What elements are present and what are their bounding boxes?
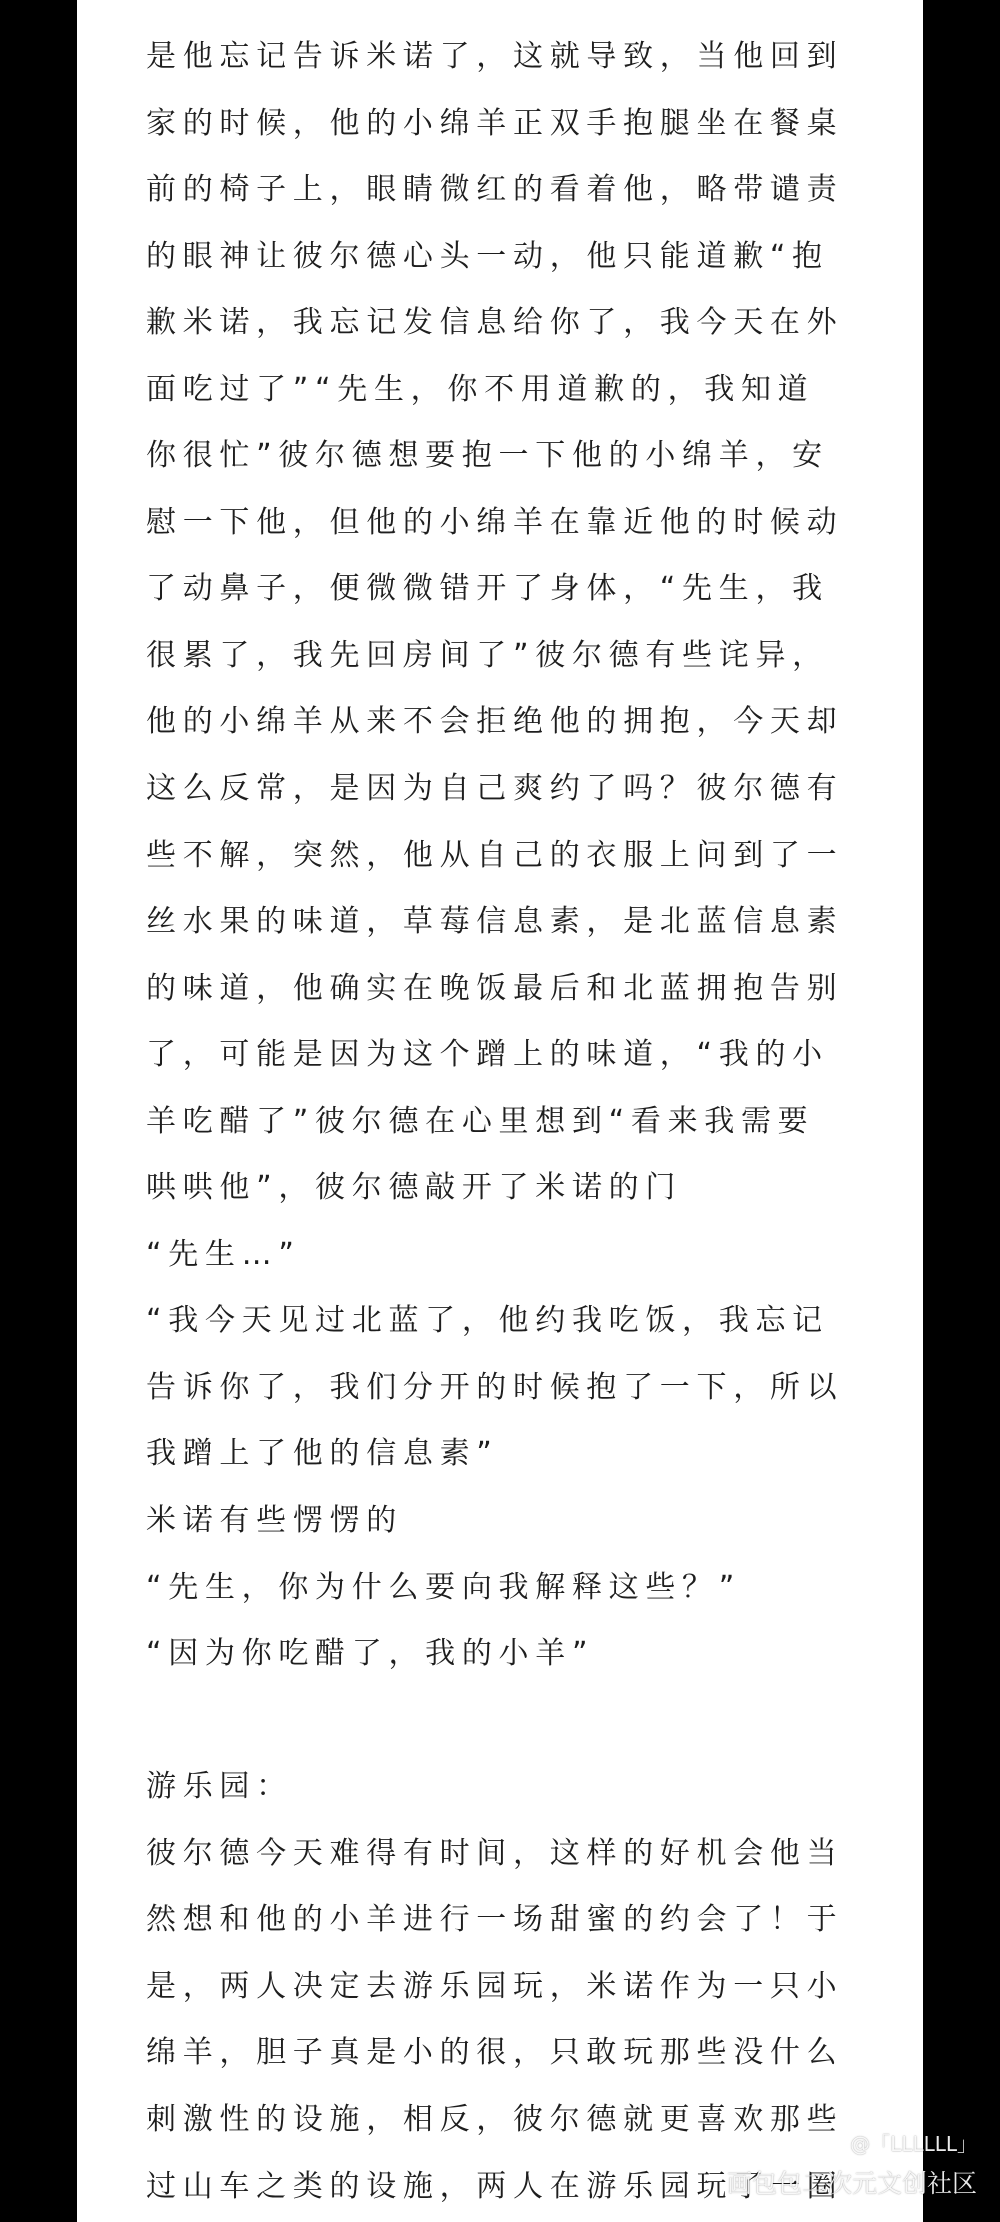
section-heading: 游乐园： <box>146 1754 866 1821</box>
text-line: 面吃过了”“先生，你不用道歉的，我知道 <box>146 357 866 424</box>
text-line: 然想和他的小羊进行一场甜蜜的约会了！于 <box>146 1887 866 1954</box>
text-line: 丝水果的味道，草莓信息素，是北蓝信息素 <box>146 889 866 956</box>
text-line: 些不解，突然，他从自己的衣服上问到了一 <box>146 823 866 890</box>
text-line: 刺激性的设施，相反，彼尔德就更喜欢那些 <box>146 2087 866 2154</box>
dialogue-line: “先生，你为什么要向我解释这些？” <box>146 1555 866 1622</box>
text-line: 是，两人决定去游乐园玩，米诺作为一只小 <box>146 1954 866 2021</box>
text-line: 了动鼻子，便微微错开了身体，“先生，我 <box>146 556 866 623</box>
dialogue-line: “我今天见过北蓝了，他约我吃饭，我忘记 <box>146 1288 866 1355</box>
text-line: 绵羊，胆子真是小的很，只敢玩那些没什么 <box>146 2020 866 2087</box>
left-black-margin <box>0 0 77 2222</box>
text-line: 家的时候，他的小绵羊正双手抱腿坐在餐桌 <box>146 91 866 158</box>
text-line: 我蹭上了他的信息素” <box>146 1421 866 1488</box>
text-line: 彼尔德今天难得有时间，这样的好机会他当 <box>146 1821 866 1888</box>
blank-line <box>146 1688 866 1755</box>
watermark-author-handle: @「LLLLLL」 <box>850 2131 977 2157</box>
watermark-site-name: 画包包二次元文创社区 <box>727 2169 977 2199</box>
text-line: 是他忘记告诉米诺了，这就导致，当他回到 <box>146 24 866 91</box>
story-text: 是他忘记告诉米诺了，这就导致，当他回到 家的时候，他的小绵羊正双手抱腿坐在餐桌 … <box>146 24 866 2220</box>
text-line: 他的小绵羊从来不会拒绝他的拥抱，今天却 <box>146 689 866 756</box>
text-line: 你很忙”彼尔德想要抱一下他的小绵羊，安 <box>146 423 866 490</box>
document-image[interactable]: 是他忘记告诉米诺了，这就导致，当他回到 家的时候，他的小绵羊正双手抱腿坐在餐桌 … <box>77 0 923 2222</box>
text-line: 前的椅子上，眼睛微红的看着他，略带谴责 <box>146 157 866 224</box>
text-line: 告诉你了，我们分开的时候抱了一下，所以 <box>146 1355 866 1422</box>
text-line: 米诺有些愣愣的 <box>146 1488 866 1555</box>
text-line: 慰一下他，但他的小绵羊在靠近他的时候动 <box>146 490 866 557</box>
dialogue-line: “因为你吃醋了，我的小羊” <box>146 1621 866 1688</box>
text-line: 歉米诺，我忘记发信息给你了，我今天在外 <box>146 290 866 357</box>
right-black-margin <box>923 0 1000 2222</box>
text-line: 这么反常，是因为自己爽约了吗？彼尔德有 <box>146 756 866 823</box>
text-line: 哄哄他”，彼尔德敲开了米诺的门 <box>146 1155 866 1222</box>
text-line: 了，可能是因为这个蹭上的味道，“我的小 <box>146 1022 866 1089</box>
text-line: 羊吃醋了”彼尔德在心里想到“看来我需要 <box>146 1089 866 1156</box>
text-line: 很累了，我先回房间了”彼尔德有些诧异， <box>146 623 866 690</box>
text-line: 的眼神让彼尔德心头一动，他只能道歉“抱 <box>146 224 866 291</box>
text-line: 的味道，他确实在晚饭最后和北蓝拥抱告别 <box>146 956 866 1023</box>
dialogue-line: “先生…” <box>146 1222 866 1289</box>
